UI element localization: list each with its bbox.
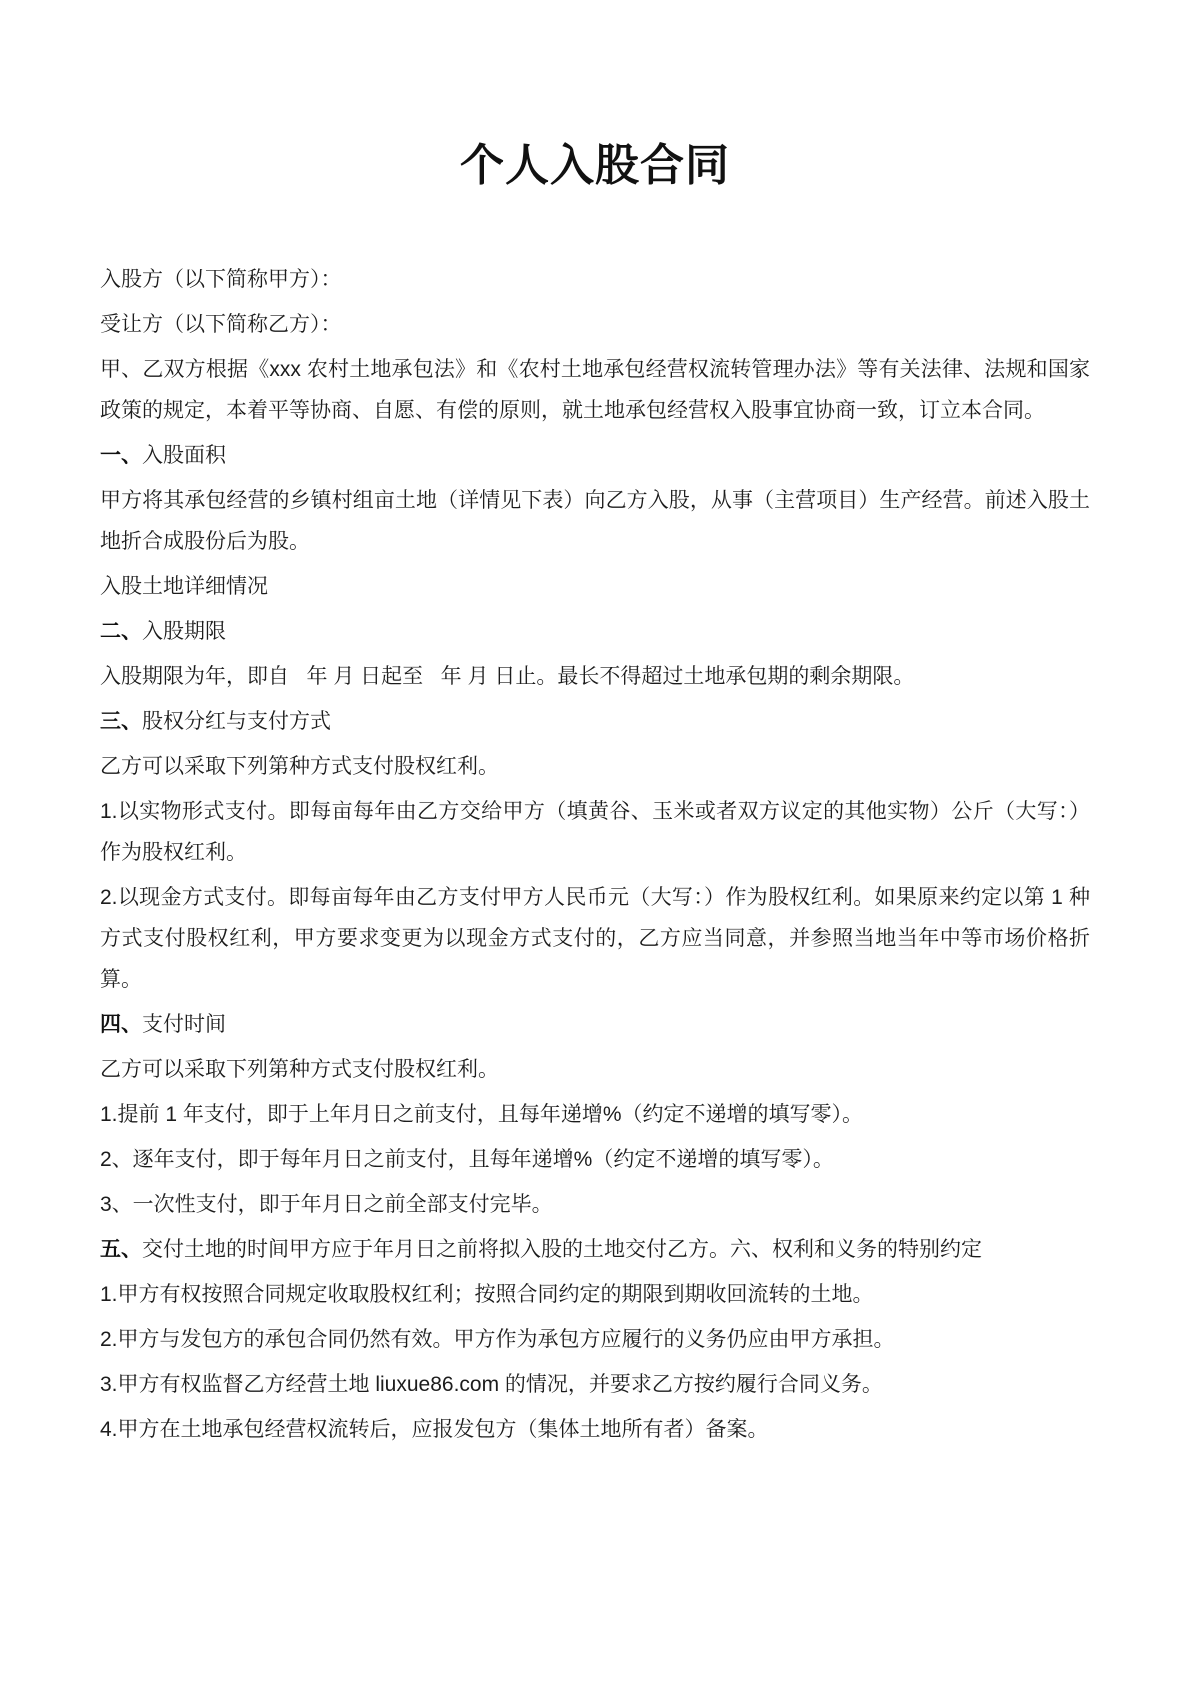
paragraph: 2.以现金方式支付。即每亩每年由乙方支付甲方人民币元（大写：）作为股权红利。如果… [100, 877, 1090, 1000]
paragraph: 3.甲方有权监督乙方经营土地 liuxue86.com 的情况，并要求乙方按约履… [100, 1364, 1090, 1405]
section-number: 二、 [100, 620, 142, 643]
paragraph: 入股土地详细情况 [100, 566, 1090, 607]
paragraph-text: 交付土地的时间甲方应于年月日之前将拟入股的土地交付乙方。六、权利和义务的特别约定 [142, 1238, 982, 1261]
paragraph: 1.甲方有权按照合同规定收取股权红利；按照合同约定的期限到期收回流转的土地。 [100, 1274, 1090, 1315]
paragraph-text: 甲、乙双方根据《xxx 农村土地承包法》和《农村土地承包经营权流转管理办法》等有… [100, 358, 1090, 422]
paragraph-text: 1.提前 1 年支付，即于上年月日之前支付，且每年递增%（约定不递增的填写零）。 [100, 1103, 863, 1126]
section-number: 一、 [100, 444, 142, 467]
paragraph-text: 乙方可以采取下列第种方式支付股权红利。 [100, 1058, 499, 1081]
paragraph-text: 支付时间 [142, 1013, 226, 1036]
paragraph: 4.甲方在土地承包经营权流转后，应报发包方（集体土地所有者）备案。 [100, 1409, 1090, 1450]
paragraph-text: 入股期限为年，即自 年 月 日起至 年 月 日止。最长不得超过土地承包期的剩余期… [100, 665, 914, 688]
paragraph-text: 1.甲方有权按照合同规定收取股权红利；按照合同约定的期限到期收回流转的土地。 [100, 1283, 874, 1306]
section-number: 四、 [100, 1013, 142, 1036]
document-body: 入股方（以下简称甲方）：受让方（以下简称乙方）：甲、乙双方根据《xxx 农村土地… [100, 259, 1090, 1450]
paragraph-text: 乙方可以采取下列第种方式支付股权红利。 [100, 755, 499, 778]
paragraph: 3、一次性支付，即于年月日之前全部支付完毕。 [100, 1184, 1090, 1225]
paragraph: 甲、乙双方根据《xxx 农村土地承包法》和《农村土地承包经营权流转管理办法》等有… [100, 349, 1090, 431]
section-heading: 三、股权分红与支付方式 [100, 701, 1090, 742]
paragraph-text: 3.甲方有权监督乙方经营土地 liuxue86.com 的情况，并要求乙方按约履… [100, 1373, 883, 1396]
paragraph: 乙方可以采取下列第种方式支付股权红利。 [100, 746, 1090, 787]
section-heading: 五、交付土地的时间甲方应于年月日之前将拟入股的土地交付乙方。六、权利和义务的特别… [100, 1229, 1090, 1270]
paragraph-text: 入股方（以下简称甲方）： [100, 268, 342, 291]
paragraph-text: 股权分红与支付方式 [142, 710, 331, 733]
paragraph: 2.甲方与发包方的承包合同仍然有效。甲方作为承包方应履行的义务仍应由甲方承担。 [100, 1319, 1090, 1360]
paragraph-text: 甲方将其承包经营的乡镇村组亩土地（详情见下表）向乙方入股，从事（主营项目）生产经… [100, 489, 1090, 553]
section-heading: 四、支付时间 [100, 1004, 1090, 1045]
paragraph-text: 入股面积 [142, 444, 226, 467]
paragraph-text: 入股期限 [142, 620, 226, 643]
paragraph: 受让方（以下简称乙方）： [100, 304, 1090, 345]
paragraph-text: 3、一次性支付，即于年月日之前全部支付完毕。 [100, 1193, 553, 1216]
paragraph-text: 2.甲方与发包方的承包合同仍然有效。甲方作为承包方应履行的义务仍应由甲方承担。 [100, 1328, 895, 1351]
paragraph-text: 入股土地详细情况 [100, 575, 268, 598]
paragraph: 乙方可以采取下列第种方式支付股权红利。 [100, 1049, 1090, 1090]
paragraph: 1.提前 1 年支付，即于上年月日之前支付，且每年递增%（约定不递增的填写零）。 [100, 1094, 1090, 1135]
section-number: 五、 [100, 1238, 142, 1261]
document-page: 个人入股合同 入股方（以下简称甲方）：受让方（以下简称乙方）：甲、乙双方根据《x… [0, 0, 1190, 1683]
document-title: 个人入股合同 [100, 140, 1090, 193]
paragraph-text: 1.以实物形式支付。即每亩每年由乙方交给甲方（填黄谷、玉米或者双方议定的其他实物… [100, 800, 1090, 864]
paragraph-text: 2.以现金方式支付。即每亩每年由乙方支付甲方人民币元（大写：）作为股权红利。如果… [100, 886, 1090, 991]
paragraph: 1.以实物形式支付。即每亩每年由乙方交给甲方（填黄谷、玉米或者双方议定的其他实物… [100, 791, 1090, 873]
paragraph-text: 4.甲方在土地承包经营权流转后，应报发包方（集体土地所有者）备案。 [100, 1418, 769, 1441]
section-number: 三、 [100, 710, 142, 733]
section-heading: 一、入股面积 [100, 435, 1090, 476]
paragraph: 甲方将其承包经营的乡镇村组亩土地（详情见下表）向乙方入股，从事（主营项目）生产经… [100, 480, 1090, 562]
paragraph-text: 2、逐年支付，即于每年月日之前支付，且每年递增%（约定不递增的填写零）。 [100, 1148, 834, 1171]
paragraph: 2、逐年支付，即于每年月日之前支付，且每年递增%（约定不递增的填写零）。 [100, 1139, 1090, 1180]
paragraph-text: 受让方（以下简称乙方）： [100, 313, 342, 336]
paragraph: 入股期限为年，即自 年 月 日起至 年 月 日止。最长不得超过土地承包期的剩余期… [100, 656, 1090, 697]
paragraph: 入股方（以下简称甲方）： [100, 259, 1090, 300]
section-heading: 二、入股期限 [100, 611, 1090, 652]
